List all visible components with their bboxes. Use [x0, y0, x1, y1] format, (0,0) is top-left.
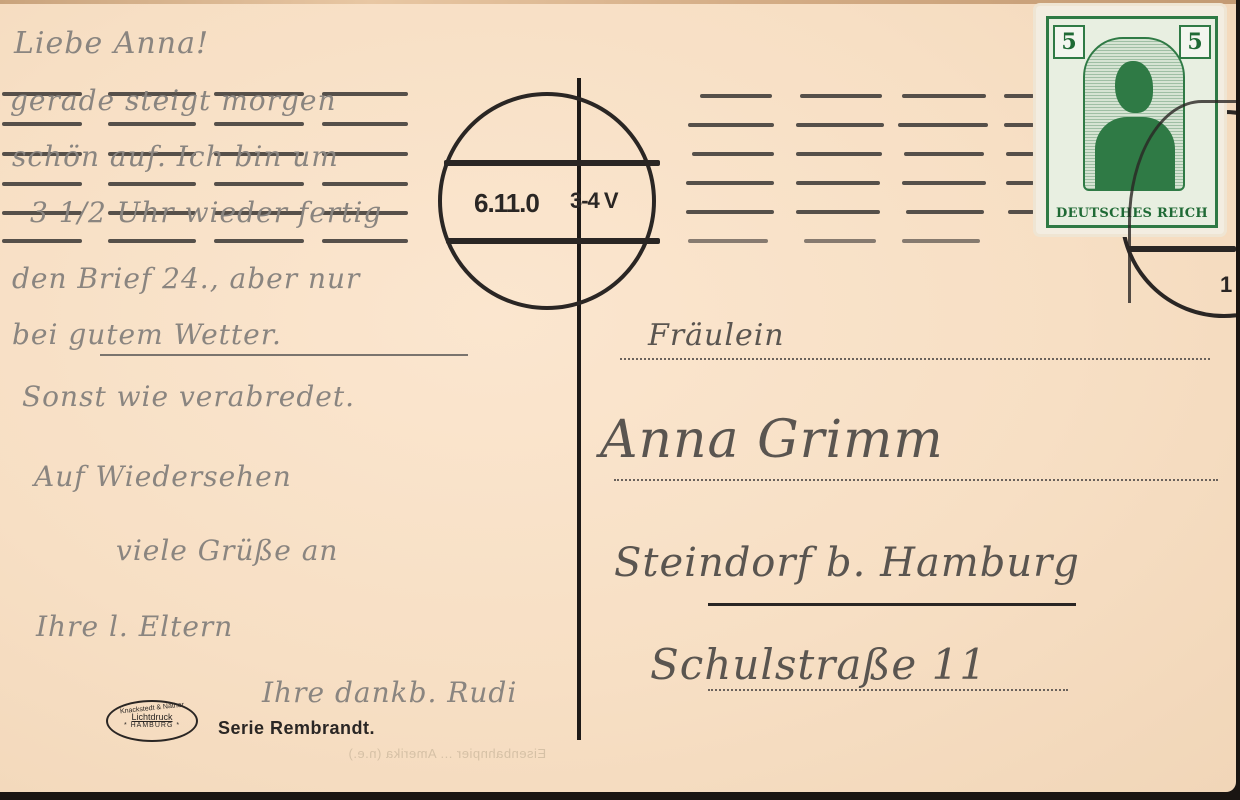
message-line: Liebe Anna! — [14, 26, 209, 61]
address-name: Anna Grimm — [600, 410, 944, 470]
postmark-lower-bar — [446, 238, 660, 244]
faint-offset-print: Eisenbahnpier ... Amerika (n.e.) — [348, 746, 546, 761]
message-line: Ihre l. Eltern — [36, 610, 233, 643]
stamp-denomination-left: 5 — [1053, 25, 1085, 59]
address-line-2-rule — [614, 479, 1218, 481]
message-underline — [100, 354, 468, 356]
series-label: Serie Rembrandt. — [218, 718, 375, 739]
message-line: Sonst wie verabredet. — [22, 380, 355, 413]
message-signature: Ihre dankb. Rudi — [262, 676, 517, 709]
postmark-time: 3-4 V — [570, 188, 618, 214]
postmark-date: 6.11.0 — [474, 188, 539, 219]
address-line-4-rule — [708, 689, 1068, 691]
message-line: viele Grüße an — [116, 534, 338, 567]
message-line: 3 1/2 Uhr wieder fertig — [30, 196, 382, 229]
address-salutation: Fräulein — [648, 318, 785, 353]
postmark-circle — [438, 92, 656, 310]
card-top-edge — [0, 0, 1236, 4]
message-line: schön auf. Ich bin um — [12, 140, 339, 173]
stamp-denomination-right: 5 — [1179, 25, 1211, 59]
address-city: Steindorf b. Hamburg — [614, 540, 1080, 586]
address-city-underline — [708, 603, 1076, 606]
message-line: den Brief 24., aber nur — [12, 262, 360, 295]
publisher-logo: Knackstedt & Näther Lichtdruck * HAMBURG… — [106, 700, 198, 742]
message-line: Auf Wiedersehen — [34, 460, 292, 493]
address-line-1-rule — [620, 358, 1210, 360]
address-street: Schulstraße 11 — [650, 640, 987, 689]
postcard: 6.11.0 3-4 V 1 5 5 DEUTSCHES REICH Liebe… — [0, 0, 1236, 792]
message-line: bei gutem Wetter. — [12, 318, 282, 351]
postmark-upper-bar — [444, 160, 660, 166]
message-line: gerade steigt morgen — [10, 84, 337, 117]
publisher-logo-city: * HAMBURG * — [108, 722, 196, 729]
